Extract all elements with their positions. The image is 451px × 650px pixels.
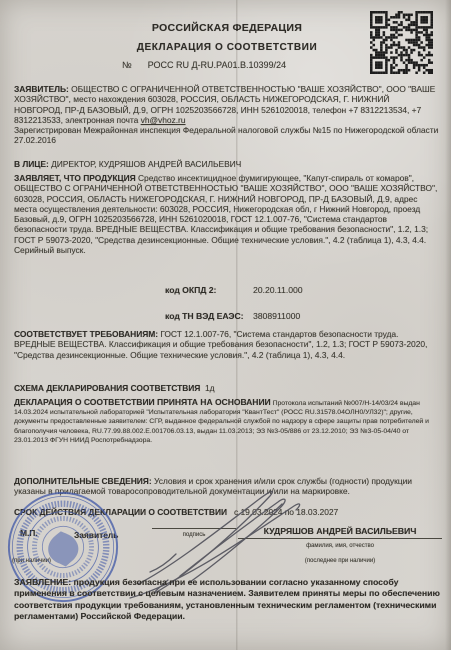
declaration-number: РОСС RU Д-RU.РА01.В.10399/24: [148, 60, 286, 70]
declaration-number-row: №РОСС RU Д-RU.РА01.В.10399/24: [122, 60, 286, 70]
scan-edge-shadow: [445, 0, 451, 650]
person-label: В ЛИЦЕ:: [14, 159, 49, 169]
scheme-label: СХЕМА ДЕКЛАРИРОВАНИЯ СООТВЕТСТВИЯ: [14, 383, 200, 393]
scheme-section: СХЕМА ДЕКЛАРИРОВАНИЯ СООТВЕТСТВИЯ 1д: [14, 383, 440, 393]
applicant-paragraph: ЗАЯВИТЕЛЬ: ОБЩЕСТВО С ОГРАНИЧЕННОЙ ОТВЕТ…: [14, 84, 440, 125]
tnved-value: 3808911000: [253, 311, 300, 321]
basis-section: ДЕКЛАРАЦИЯ О СООТВЕТСТВИИ ПРИНЯТА НА ОСН…: [14, 398, 440, 445]
applicant-email: vh@vhoz.ru: [141, 115, 186, 125]
number-sign: №: [122, 60, 132, 70]
applicant-label: ЗАЯВИТЕЛЬ:: [14, 84, 69, 94]
okpd-label: код ОКПД 2:: [165, 285, 216, 295]
serial-issue: Серийный выпуск.: [14, 245, 440, 255]
scheme-value: 1д: [205, 383, 215, 393]
statement-label: ЗАЯВЛЕНИЕ:: [14, 577, 71, 587]
okpd-value: 20.20.11.000: [253, 285, 303, 295]
applicant-registration: Зарегистрирован Межрайонная инспекция Фе…: [14, 125, 440, 146]
conformity-label: СООТВЕТСТВУЕТ ТРЕБОВАНИЯМ:: [14, 329, 158, 339]
applicant-section: ЗАЯВИТЕЛЬ: ОБЩЕСТВО С ОГРАНИЧЕННОЙ ОТВЕТ…: [14, 84, 440, 146]
product-section: ЗАЯВЛЯЕТ, ЧТО ПРОДУКЦИЯ Средство инсекти…: [14, 173, 440, 255]
product-label: ЗАЯВЛЯЕТ, ЧТО ПРОДУКЦИЯ: [14, 173, 136, 183]
tnved-label: код ТН ВЭД ЕАЭС:: [165, 311, 244, 321]
product-paragraph: ЗАЯВЛЯЕТ, ЧТО ПРОДУКЦИЯ Средство инсекти…: [14, 173, 440, 245]
basis-label: ДЕКЛАРАЦИЯ О СООТВЕТСТВИИ ПРИНЯТА НА ОСН…: [14, 397, 271, 407]
declaration-document: РОССИЙСКАЯ ФЕДЕРАЦИЯ ДЕКЛАРАЦИЯ О СООТВЕ…: [0, 0, 451, 650]
person-section: В ЛИЦЕ: ДИРЕКТОР, КУДРЯШОВ АНДРЕЙ ВАСИЛЬ…: [14, 159, 440, 169]
qr-code-icon: [370, 11, 433, 74]
conformity-section: СООТВЕТСТВУЕТ ТРЕБОВАНИЯМ: ГОСТ 12.1.007…: [14, 329, 440, 360]
statement-section: ЗАЯВЛЕНИЕ: продукция безопасна при ее ис…: [14, 577, 440, 623]
stamp-emblem-icon: [46, 529, 81, 568]
